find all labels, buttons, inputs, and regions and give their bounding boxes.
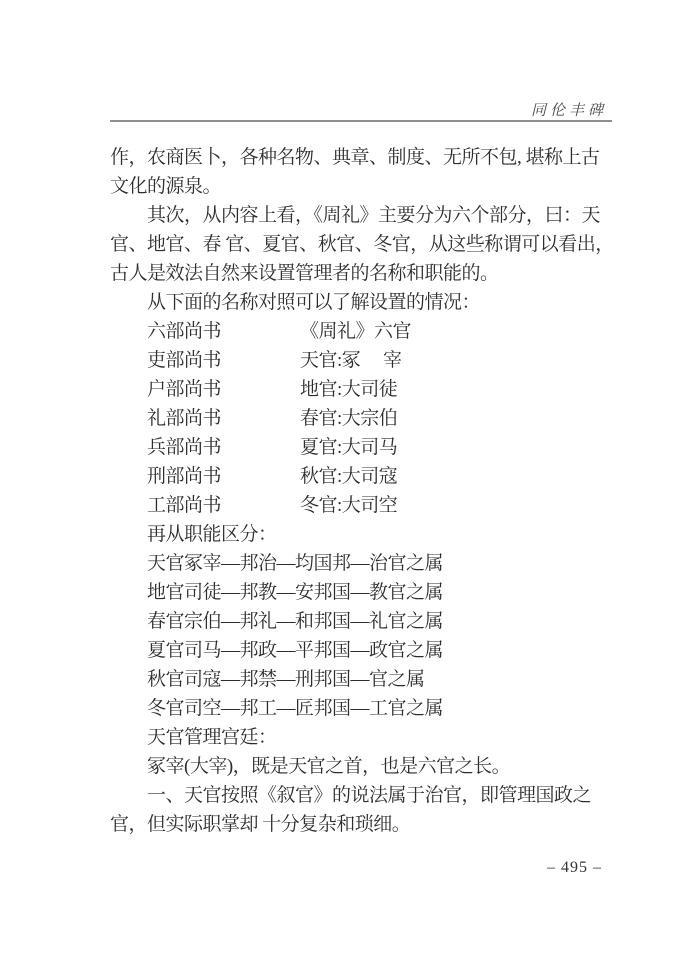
text-line: 其次，从内容上看，《周礼》主要分为六个部分，曰：天 [110,201,616,230]
text-line: 文化的源泉。 [110,172,616,201]
text-line: 再从职能区分： [110,520,616,549]
comparison-table-row: 吏部尚书天官:冢 宰 [110,346,616,375]
header-divider [110,120,612,122]
comparison-table-row: 刑部尚书秋官:大司寇 [110,462,616,491]
table-col-ministry: 兵部尚书 [147,433,300,462]
table-col-ministry: 刑部尚书 [147,462,300,491]
text-line: 一、天官按照《叙官》的说法属于治官，即管理国政之 [110,781,616,810]
text-line: 地官司徒—邦教—安邦国—教官之属 [110,578,616,607]
table-col-ministry: 户部尚书 [147,375,300,404]
table-col-zhouli-office: 地官:大司徒 [300,375,397,404]
comparison-table-row: 户部尚书地官:大司徒 [110,375,616,404]
text-line: 天官管理宫廷： [110,723,616,752]
table-col-zhouli-office: 《周礼》六官 [300,317,411,346]
table-col-zhouli-office: 夏官:大司马 [300,433,397,462]
comparison-table-row: 礼部尚书春官:大宗伯 [110,404,616,433]
text-line: 春官宗伯—邦礼—和邦国—礼官之属 [110,607,616,636]
book-page: 同伦丰碑 作，农商医卜，各种名物、典章、制度、无所不包, 堪称上古文化的源泉。其… [0,0,692,968]
text-line: 从下面的名称对照可以了解设置的情况： [110,288,616,317]
table-col-ministry: 六部尚书 [147,317,300,346]
running-head: 同伦丰碑 [531,99,607,120]
text-line: 官，但实际职掌却 十分复杂和琐细。 [110,810,616,839]
text-line: 官、地官、春 官、夏官、秋官、冬官，从这些称谓可以看出， [110,230,616,259]
table-col-ministry: 工部尚书 [147,491,300,520]
comparison-table-row: 兵部尚书夏官:大司马 [110,433,616,462]
text-line: 夏官司马—邦政—平邦国—政官之属 [110,636,616,665]
table-col-zhouli-office: 春官:大宗伯 [300,404,397,433]
table-col-ministry: 礼部尚书 [147,404,300,433]
text-line: 天官冢宰—邦治—均国邦—治官之属 [110,549,616,578]
text-line: 古人是效法自然来设置管理者的名称和职能的。 [110,259,616,288]
text-line: 冬官司空—邦工—匠邦国—工官之属 [110,694,616,723]
comparison-table-row: 工部尚书冬官:大司空 [110,491,616,520]
table-col-zhouli-office: 天官:冢 宰 [300,346,402,375]
comparison-table-row: 六部尚书《周礼》六官 [110,317,616,346]
table-col-ministry: 吏部尚书 [147,346,300,375]
text-line: 秋官司寇—邦禁—刑邦国—官之属 [110,665,616,694]
text-line: 冢宰(大宰)，既是天官之首，也是六官之长。 [110,752,616,781]
text-line: 作，农商医卜，各种名物、典章、制度、无所不包, 堪称上古 [110,143,616,172]
table-col-zhouli-office: 秋官:大司寇 [300,462,397,491]
page-number: – 495 – [547,859,602,877]
page-content: 作，农商医卜，各种名物、典章、制度、无所不包, 堪称上古文化的源泉。其次，从内容… [110,143,616,839]
table-col-zhouli-office: 冬官:大司空 [300,491,397,520]
